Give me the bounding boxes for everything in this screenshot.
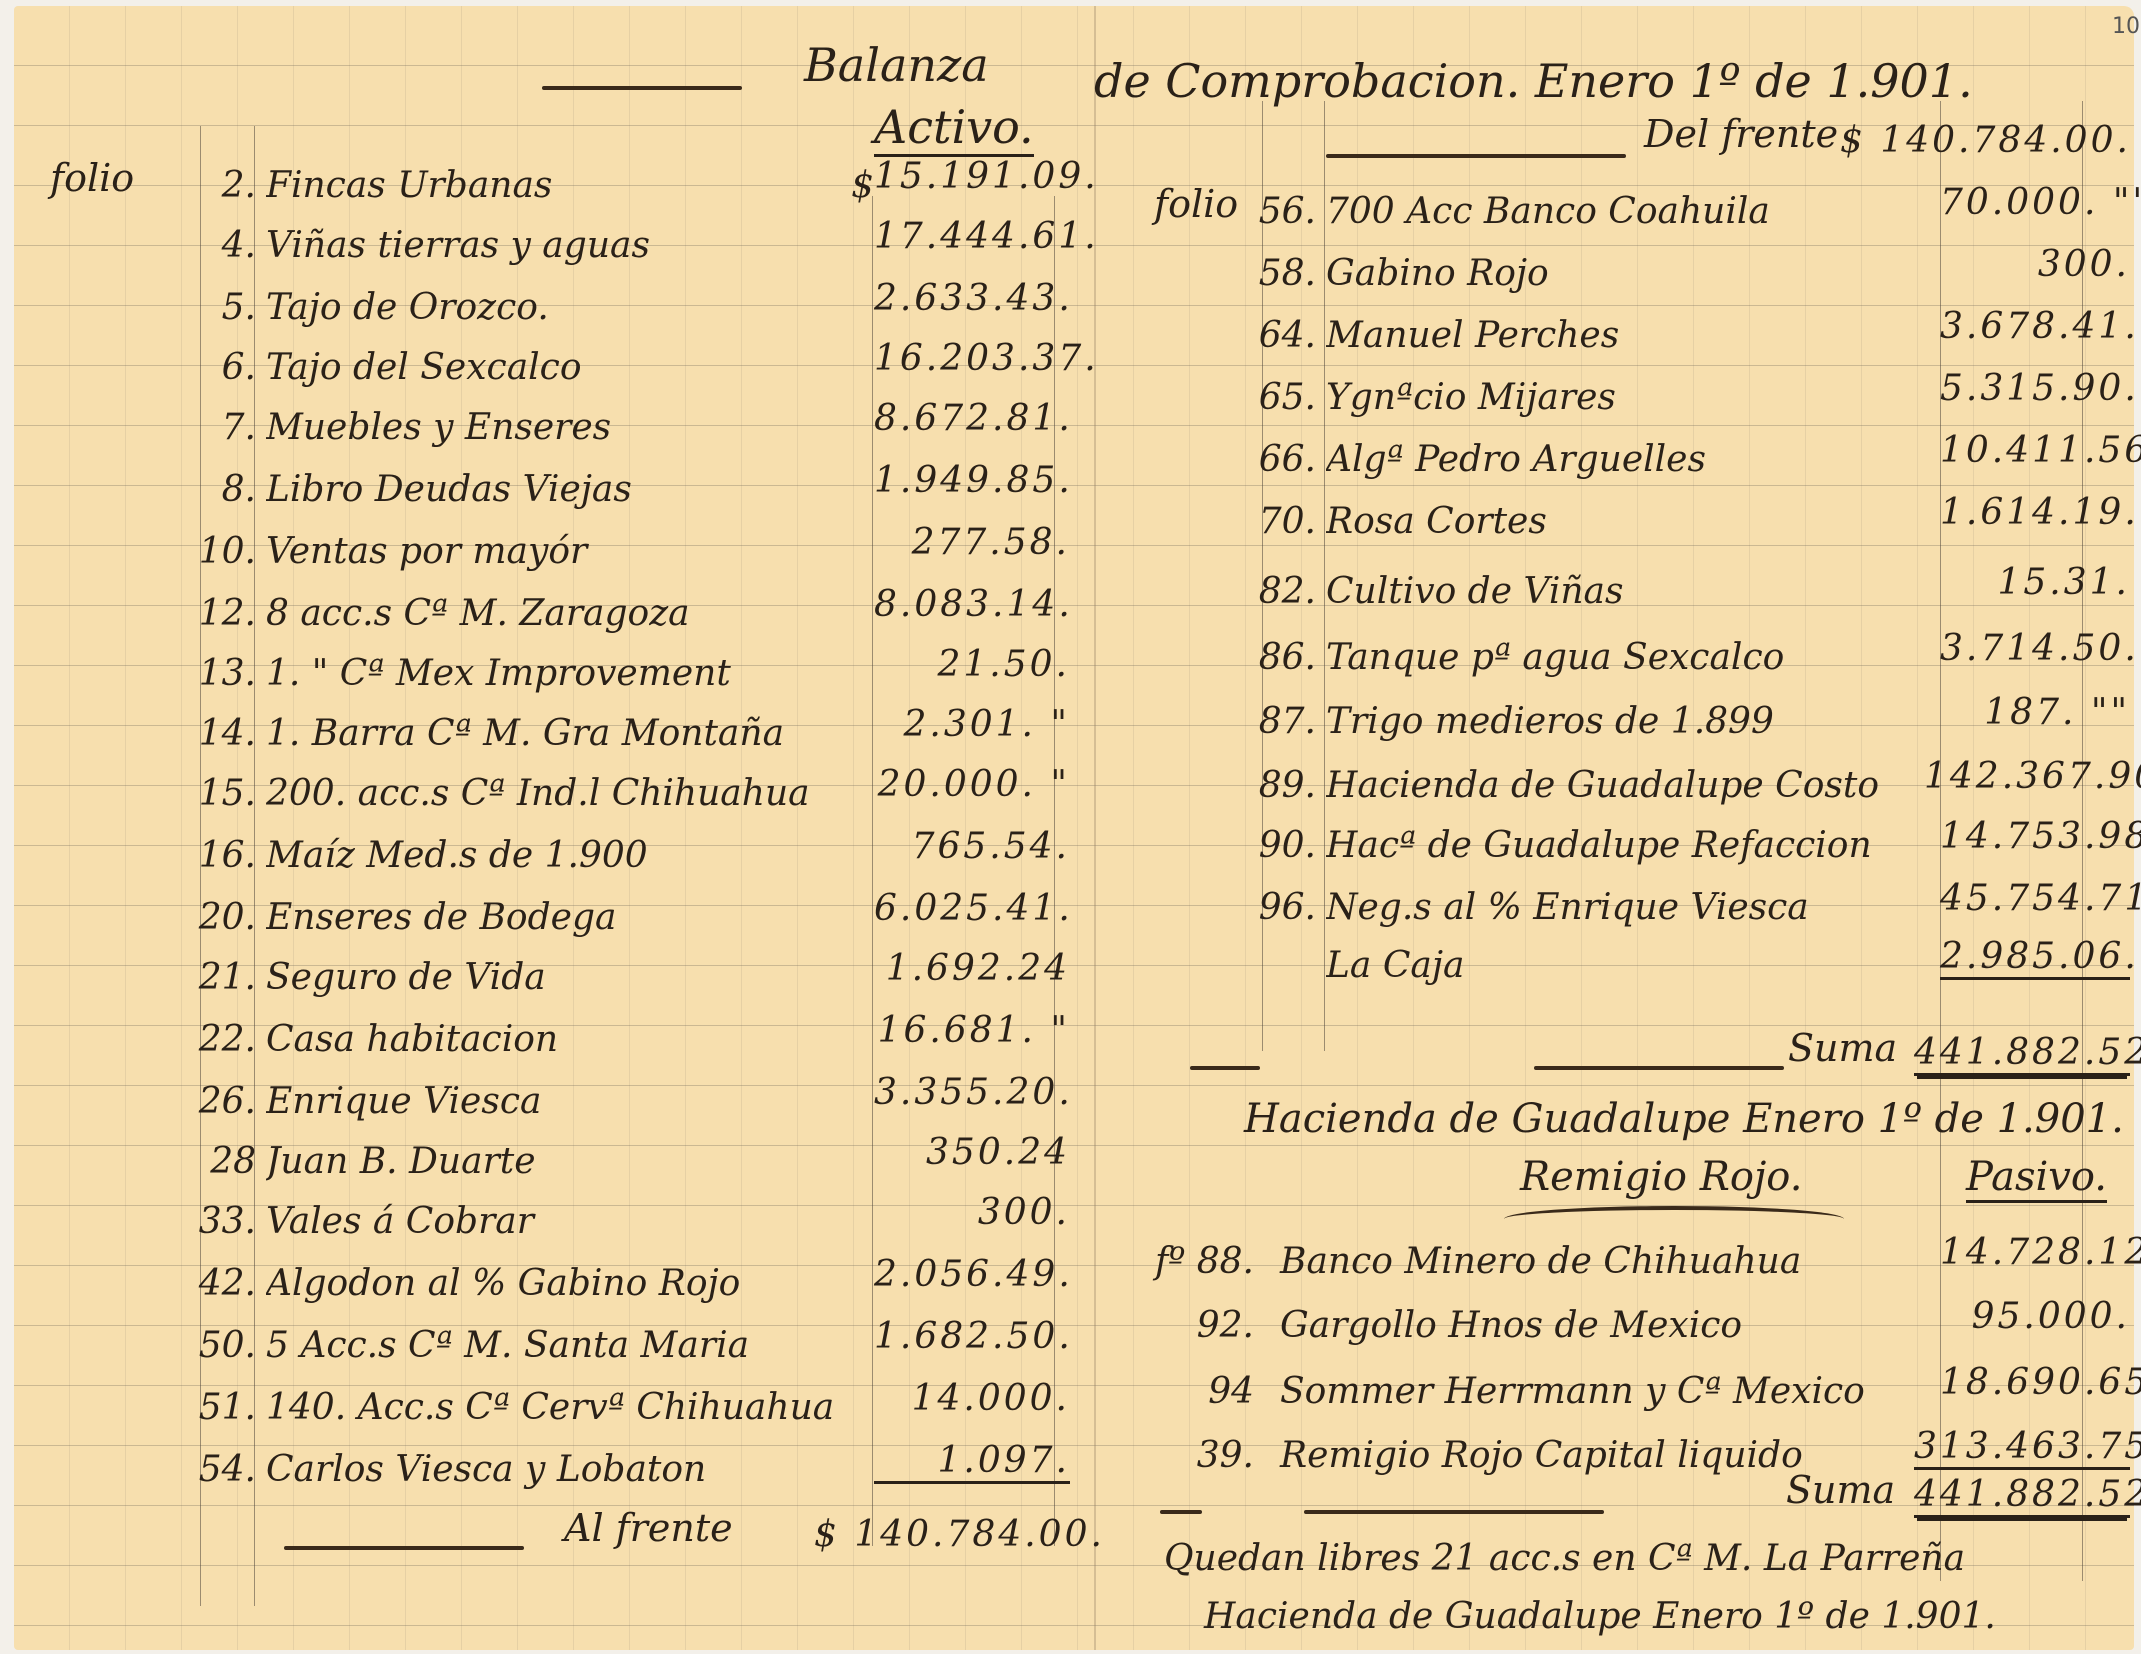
entry-amount: 2.301. ": [874, 704, 1070, 745]
entry-description: Tanque pª agua Sexcalco: [1326, 637, 1944, 678]
entry-amount: 277.58.: [874, 522, 1070, 563]
folio-number: 33.: [194, 1201, 266, 1242]
ledger-sheet: 10 Balanza de Comprobacion. Enero 1º de …: [14, 6, 2134, 1650]
folio-number: 96.: [1254, 887, 1326, 928]
ledger-row: 86.Tanque pª agua Sexcalco: [1254, 618, 1944, 678]
ledger-row: 10.Ventas por mayór: [194, 512, 874, 572]
folio-number: 6.: [194, 347, 266, 388]
entry-amount: 313.463.75.: [1914, 1426, 2130, 1470]
entry-description: Casa habitacion: [266, 1019, 874, 1060]
folio-number: 39.: [1144, 1435, 1264, 1476]
ledger-row: 20.Enseres de Bodega: [194, 878, 874, 938]
entry-amount: 14.000.: [874, 1378, 1070, 1419]
folio-number: 92.: [1144, 1305, 1264, 1346]
ledger-row: 50.5 Acc.s Cª M. Santa Maria: [194, 1306, 874, 1366]
entry-amount: 187. "": [1940, 692, 2130, 733]
entry-amount: 1.682.50.: [874, 1316, 1070, 1357]
pasivo-sum-amount: 441.882.52.: [1914, 1474, 2130, 1518]
entry-amount: 17.444.61.: [874, 216, 1070, 257]
entry-amount: 6.025.41.: [874, 888, 1070, 929]
entry-description: Rosa Cortes: [1326, 501, 1944, 542]
ledger-row: 66.Algª Pedro Arguelles: [1254, 420, 1944, 480]
entry-amount: 3.355.20.: [874, 1072, 1070, 1113]
ledger-row: 92.Gargollo Hnos de Mexico: [1144, 1286, 1944, 1346]
ledger-row: 96.Neg.s al % Enrique Viesca: [1254, 868, 1944, 928]
entry-description: 200. acc.s Cª Ind.l Chihuahua: [266, 773, 874, 814]
entry-amount: 95.000.: [1940, 1296, 2130, 1337]
ledger-row: 14.1. Barra Cª M. Gra Montaña: [194, 694, 874, 754]
entry-description: Carlos Viesca y Lobaton: [266, 1449, 874, 1490]
entry-amount: 8.083.14.: [874, 584, 1070, 625]
carry-rule: [284, 1546, 524, 1550]
ledger-row: La Caja: [1254, 926, 1944, 986]
entry-amount: 18.690.65.: [1940, 1362, 2130, 1403]
ledger-row: 22.Casa habitacion: [194, 1000, 874, 1060]
entry-amount: 15.191.09.: [874, 156, 1070, 197]
currency-sign: $: [851, 165, 874, 206]
entry-description: Gargollo Hnos de Mexico: [1264, 1305, 1944, 1346]
ledger-row: 16.Maíz Med.s de 1.900: [194, 816, 874, 876]
entry-amount: 14.728.12.: [1940, 1232, 2130, 1273]
folio-label-left: folio: [50, 156, 134, 200]
ledger-row: 39.Remigio Rojo Capital liquido: [1144, 1416, 1944, 1476]
folio-number: 22.: [194, 1019, 266, 1060]
ledger-row: 6.Tajo del Sexcalco: [194, 328, 874, 388]
footer-signature-line: Hacienda de Guadalupe Enero 1º de 1.901.: [1204, 1596, 1996, 1637]
entry-description: Algª Pedro Arguelles: [1326, 439, 1944, 480]
folio-number: 94: [1144, 1371, 1264, 1412]
ledger-row: 12.8 acc.s Cª M. Zaragoza: [194, 574, 874, 634]
entry-description: Neg.s al % Enrique Viesca: [1326, 887, 1944, 928]
entry-description: Tajo del Sexcalco: [266, 347, 874, 388]
folio-number: 21.: [194, 957, 266, 998]
entry-amount: 300.: [1940, 244, 2130, 285]
ledger-row: 8.Libro Deudas Viejas: [194, 450, 874, 510]
ledger-row: 4.Viñas tierras y aguas: [194, 206, 874, 266]
entry-amount: 21.50.: [874, 644, 1070, 685]
entry-amount: 1.692.24: [874, 948, 1070, 989]
entry-amount: 3.714.50.: [1940, 628, 2130, 669]
carry-label: Al frente: [564, 1506, 733, 1550]
entry-description: 1. " Cª Mex Improvement: [266, 653, 874, 694]
entry-amount: 2.985.06.: [1940, 936, 2130, 980]
entry-description: Libro Deudas Viejas: [266, 469, 874, 510]
folio-number: 20.: [194, 897, 266, 938]
pasivo-header: Pasivo.: [1966, 1154, 2107, 1203]
folio-number: 66.: [1254, 439, 1326, 480]
folio-number: 26.: [194, 1081, 266, 1122]
folio-number: 89.: [1254, 765, 1326, 806]
entry-description: Cultivo de Viñas: [1326, 571, 1944, 612]
folio-number: fº 88.: [1144, 1241, 1264, 1282]
folio-label-right: folio: [1154, 182, 1238, 226]
ledger-row: 13.1. " Cª Mex Improvement: [194, 634, 874, 694]
entry-amount: 1.097.: [874, 1440, 1070, 1484]
title-right: de Comprobacion. Enero 1º de 1.901.: [1094, 54, 1973, 108]
ledger-row: 7.Muebles y Enseres: [194, 388, 874, 448]
folio-number: 7.: [194, 407, 266, 448]
entry-description: Banco Minero de Chihuahua: [1264, 1241, 1944, 1282]
folio-number: 15.: [194, 773, 266, 814]
folio-number: 5.: [194, 287, 266, 328]
ledger-row: 42.Algodon al % Gabino Rojo: [194, 1244, 874, 1304]
pasivo-sum-label: Suma: [1786, 1468, 1895, 1512]
ledger-row: 82.Cultivo de Viñas: [1254, 552, 1944, 612]
folio-number: 14.: [194, 713, 266, 754]
entry-description: 1. Barra Cª M. Gra Montaña: [266, 713, 874, 754]
carry-amount: $ 140.784.00.: [814, 1514, 1070, 1555]
pasivo-owner: Remigio Rojo.: [1520, 1154, 1802, 1200]
brought-label: Del frente: [1644, 112, 1838, 156]
ledger-row: 21.Seguro de Vida: [194, 938, 874, 998]
entry-amount: 16.681. ": [874, 1010, 1070, 1051]
sum-label: Suma: [1788, 1026, 1897, 1070]
entry-description: 8 acc.s Cª M. Zaragoza: [266, 593, 874, 634]
entry-description: Ventas por mayór: [266, 531, 874, 572]
page-number: 10: [2112, 14, 2140, 39]
title-left: Balanza: [804, 38, 989, 92]
entry-amount: 1.949.85.: [874, 460, 1070, 501]
entry-description: Hacª de Guadalupe Refaccion: [1326, 825, 1944, 866]
entry-description: La Caja: [1326, 945, 1944, 986]
sum-amount: 441.882.52.: [1914, 1032, 2130, 1076]
ledger-row: 94Sommer Herrmann y Cª Mexico: [1144, 1352, 1944, 1412]
entry-amount: 300.: [874, 1192, 1070, 1233]
brought-amount: $ 140.784.00.: [1840, 120, 2130, 161]
entry-description: Viñas tierras y aguas: [266, 225, 874, 266]
folio-number: 86.: [1254, 637, 1326, 678]
sum-rule: [1160, 1510, 1202, 1514]
sum-rule: [1190, 1066, 1260, 1070]
brought-rule: [1326, 154, 1626, 158]
folio-number: 42.: [194, 1263, 266, 1304]
entry-amount: 45.754.71.: [1940, 878, 2130, 919]
ledger-row: 70.Rosa Cortes: [1254, 482, 1944, 542]
entry-description: 700 Acc Banco Coahuila: [1326, 191, 1944, 232]
folio-number: 13.: [194, 653, 266, 694]
entry-description: Tajo de Orozco.: [266, 287, 874, 328]
ledger-row: 2. Fincas Urbanas $: [194, 146, 874, 206]
entry-amount: 3.678.41.: [1940, 306, 2130, 347]
entry-amount: 5.315.90.: [1940, 368, 2130, 409]
activo-header: Activo.: [874, 100, 1034, 157]
ledger-row: 56.700 Acc Banco Coahuila: [1254, 172, 1944, 232]
entry-amount: 15.31.: [1940, 562, 2130, 603]
folio-number: 16.: [194, 835, 266, 876]
entry-description: Hacienda de Guadalupe Costo: [1326, 765, 1944, 806]
folio-number: 10.: [194, 531, 266, 572]
ledger-row: fº 88.Banco Minero de Chihuahua: [1144, 1222, 1944, 1282]
folio-number: 58.: [1254, 253, 1326, 294]
ledger-row: 87.Trigo medieros de 1.899: [1254, 682, 1944, 742]
entry-description: 140. Acc.s Cª Cervª Chihuahua: [266, 1387, 874, 1428]
folio-number: 70.: [1254, 501, 1326, 542]
ledger-row: 89.Hacienda de Guadalupe Costo: [1254, 746, 1944, 806]
folio-number: 4.: [194, 225, 266, 266]
pasivo-heading: Hacienda de Guadalupe Enero 1º de 1.901.: [1244, 1096, 2124, 1142]
sum-rule: [1304, 1510, 1604, 1514]
entry-amount: 14.753.98.: [1940, 816, 2130, 857]
entry-description: Enrique Viesca: [266, 1081, 874, 1122]
ledger-row: 64.Manuel Perches: [1254, 296, 1944, 356]
folio-number: 65.: [1254, 377, 1326, 418]
folio-number: 50.: [194, 1325, 266, 1366]
entry-description: Trigo medieros de 1.899: [1326, 701, 1944, 742]
entry-amount: 70.000. "": [1940, 182, 2130, 223]
entry-description: Seguro de Vida: [266, 957, 874, 998]
ledger-row: 54.Carlos Viesca y Lobaton: [194, 1430, 874, 1490]
ledger-row: 28Juan B. Duarte: [194, 1122, 874, 1182]
entry-description: Fincas Urbanas: [266, 165, 851, 206]
folio-number: 8.: [194, 469, 266, 510]
entry-description: Manuel Perches: [1326, 315, 1944, 356]
entry-amount: 1.614.19.: [1940, 492, 2130, 533]
entry-description: Maíz Med.s de 1.900: [266, 835, 874, 876]
folio-number: 82.: [1254, 571, 1326, 612]
folio-number: 56.: [1254, 191, 1326, 232]
entry-description: 5 Acc.s Cª M. Santa Maria: [266, 1325, 874, 1366]
folio-number: 2.: [194, 165, 266, 206]
folio-number: 87.: [1254, 701, 1326, 742]
ledger-row: 65.Ygnªcio Mijares: [1254, 358, 1944, 418]
entry-amount: 350.24: [874, 1132, 1070, 1173]
entry-description: Ygnªcio Mijares: [1326, 377, 1944, 418]
sum-rule: [1534, 1066, 1784, 1070]
ledger-row: 90.Hacª de Guadalupe Refaccion: [1254, 806, 1944, 866]
ledger-row: 15.200. acc.s Cª Ind.l Chihuahua: [194, 754, 874, 814]
entry-amount: 20.000. ": [874, 764, 1070, 805]
ledger-row: 26.Enrique Viesca: [194, 1062, 874, 1122]
folio-number: 28: [194, 1141, 266, 1182]
entry-description: Juan B. Duarte: [266, 1141, 874, 1182]
ledger-row: 33.Vales á Cobrar: [194, 1182, 874, 1242]
entry-amount: 2.633.43.: [874, 278, 1070, 319]
ledger-row: 58.Gabino Rojo: [1254, 234, 1944, 294]
entry-description: Gabino Rojo: [1326, 253, 1944, 294]
entry-amount: 2.056.49.: [874, 1254, 1070, 1295]
folio-number: 51.: [194, 1387, 266, 1428]
ledger-row: 5.Tajo de Orozco.: [194, 268, 874, 328]
entry-description: Enseres de Bodega: [266, 897, 874, 938]
footer-note: Quedan libres 21 acc.s en Cª M. La Parre…: [1164, 1538, 1965, 1579]
entry-amount: 10.411.56.: [1940, 430, 2130, 471]
ledger-row: 51.140. Acc.s Cª Cervª Chihuahua: [194, 1368, 874, 1428]
entry-description: Vales á Cobrar: [266, 1201, 874, 1242]
folio-number: 54.: [194, 1449, 266, 1490]
folio-number: 12.: [194, 593, 266, 634]
entry-description: Algodon al % Gabino Rojo: [266, 1263, 874, 1304]
entry-amount: 765.54.: [874, 826, 1070, 867]
entry-amount: 8.672.81.: [874, 398, 1070, 439]
entry-description: Muebles y Enseres: [266, 407, 874, 448]
folio-number: 90.: [1254, 825, 1326, 866]
folio-number: 64.: [1254, 315, 1326, 356]
title-rule: [542, 86, 742, 90]
entry-description: Sommer Herrmann y Cª Mexico: [1264, 1371, 1944, 1412]
entry-amount: 142.367.90.: [1924, 756, 2130, 797]
entry-amount: 16.203.37.: [874, 338, 1070, 379]
